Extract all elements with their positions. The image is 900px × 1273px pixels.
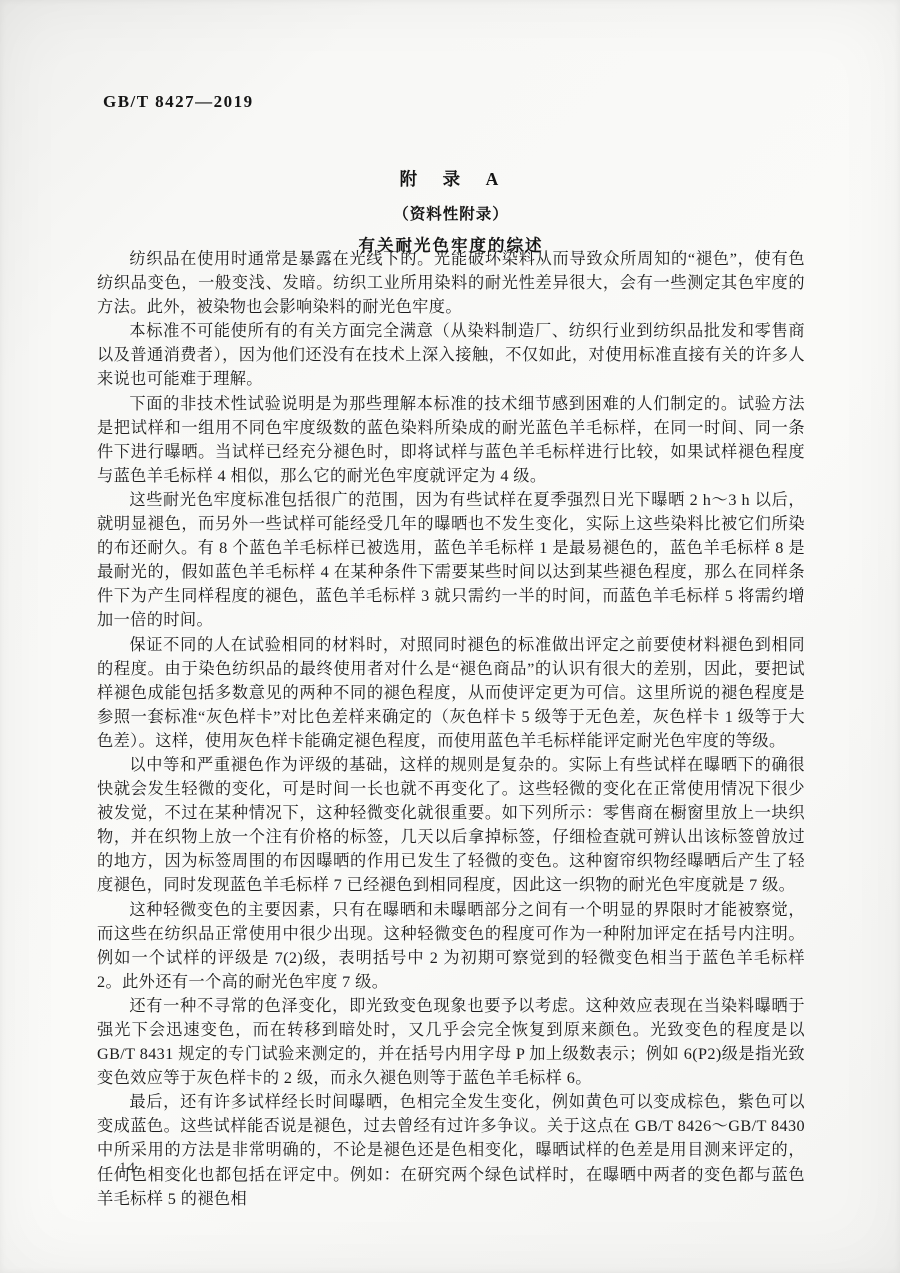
paragraph: 保证不同的人在试验相同的材料时，对照同时褪色的标准做出评定之前要使材料褪色到相同…: [97, 633, 805, 753]
paragraph: 还有一种不寻常的色泽变化，即光致变色现象也要予以考虑。这种效应表现在当染料曝晒于…: [97, 994, 805, 1090]
paragraph: 这种轻微变色的主要因素，只有在曝晒和未曝晒部分之间有一个明显的界限时才能被察觉，…: [97, 898, 805, 994]
page-number: 14: [119, 1160, 136, 1177]
paragraph: 最后，还有许多试样经长时间曝晒，色相完全发生变化，例如黄色可以变成棕色，紫色可以…: [97, 1090, 805, 1210]
paragraph: 以中等和严重褪色作为评级的基础，这样的规则是复杂的。实际上有些试样在曝晒下的确很…: [97, 753, 805, 898]
paragraph: 纺织品在使用时通常是暴露在光线下的。光能破坏染料从而导致众所周知的“褪色”，使有…: [97, 247, 805, 319]
appendix-title-block: 附 录 A （资料性附录） 有关耐光色牢度的综述: [97, 166, 805, 256]
appendix-subtitle: （资料性附录）: [97, 202, 805, 224]
document-page: GB/T 8427—2019 附 录 A （资料性附录） 有关耐光色牢度的综述 …: [0, 0, 900, 1273]
paragraph: 这些耐光色牢度标准包括很广的范围，因为有些试样在夏季强烈日光下曝晒 2 h～3 …: [97, 488, 805, 633]
paragraph: 本标准不可能使所有的有关方面完全满意（从染料制造厂、纺织行业到纺织品批发和零售商…: [97, 319, 805, 391]
appendix-title: 附 录 A: [97, 166, 805, 191]
document-body: 纺织品在使用时通常是暴露在光线下的。光能破坏染料从而导致众所周知的“褪色”，使有…: [97, 247, 805, 1211]
standard-number-header: GB/T 8427—2019: [103, 92, 254, 112]
paragraph: 下面的非技术性试验说明是为那些理解本标准的技术细节感到困难的人们制定的。试验方法…: [97, 392, 805, 488]
